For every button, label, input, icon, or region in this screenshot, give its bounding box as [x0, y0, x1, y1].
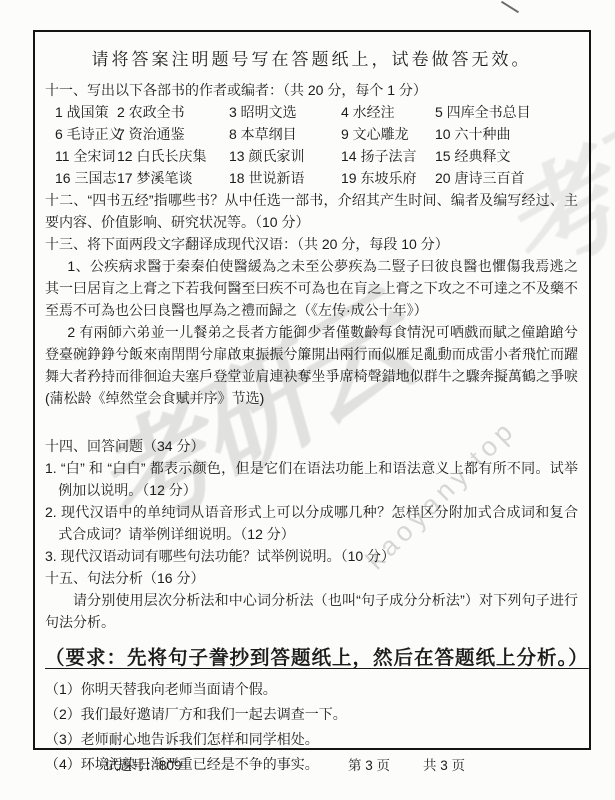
- page-footer: 试题号：809 第 3 页 共 3 页: [33, 754, 591, 774]
- question-15-title: 十五、句法分析（16 分）: [45, 567, 578, 589]
- question-14-item-3: 3. 现代汉语动词有哪些句法功能？试举例说明。（10 分）: [45, 545, 578, 567]
- book-item: 8 本草纲目: [229, 123, 341, 145]
- book-list-row: 11 全宋词 12 白氏长庆集 13 颜氏家训 14 扬子法言 15 经典释文: [45, 145, 578, 167]
- question-15-intro: 请分别使用层次分析法和中心词分析法（也叫“句子成分分析法”）对下列句子进行句法分…: [45, 589, 578, 633]
- book-item: 15 经典释文: [435, 145, 578, 167]
- question-12-text: 十二、“四书五经”指哪些书？从中任选一部书，介绍其产生时间、编者及编写经过、主要…: [45, 189, 578, 233]
- question-14-title: 十四、回答问题（34 分）: [45, 435, 578, 457]
- paper-number: 试题号：809: [105, 754, 182, 774]
- book-list-row: 6 毛诗正义 7 资治通鉴 8 本草纲目 9 文心雕龙 10 六十种曲: [45, 123, 578, 145]
- book-item: 18 世说新语: [229, 167, 341, 189]
- question-11-title: 十一、写出以下各部书的作者或编者：（共 20 分，每个 1 分）: [45, 79, 578, 101]
- book-item: 10 六十种曲: [435, 123, 578, 145]
- translation-passage-1: 1、公疾病求醫于秦秦伯使醫緩為之未至公夢疾為二豎子曰彼良醫也懼傷我焉逃之其一曰居…: [45, 255, 578, 321]
- question-15-requirement: （要求：先将句子誊抄到答题纸上，然后在答题纸上分析。）: [45, 642, 578, 670]
- question-14-item-1: 1. “白” 和 “白白” 都表示颜色，但是它们在语法功能上和语法意义上都有所不…: [45, 457, 578, 501]
- analysis-sentence-1: （1）你明天替我向老师当面请个假。: [45, 677, 578, 702]
- book-item: 16 三国志: [55, 167, 117, 189]
- book-item: 14 扬子法言: [341, 145, 435, 167]
- book-item: 7 资治通鉴: [117, 123, 229, 145]
- question-14-item-2: 2. 现代汉语中的单纯词从语音形式上可以分成哪几种？怎样区分附加式合成词和复合式…: [45, 501, 578, 545]
- question-13-title: 十三、将下面两段文字翻译成现代汉语：（共 20 分，每段 10 分）: [45, 233, 578, 255]
- book-list-row: 1 战国策 2 农政全书 3 昭明文选 4 水经注 5 四库全书总目: [45, 101, 578, 123]
- blank-space: [45, 409, 578, 435]
- book-item: 1 战国策: [55, 101, 117, 123]
- book-item: 11 全宋词: [55, 145, 117, 167]
- page-number-total: 共 3 页: [423, 754, 465, 774]
- book-item: 9 文心雕龙: [341, 123, 435, 145]
- exam-page-border-frame: 请将答案注明题号写在答题纸上，试卷做答无效。 十一、写出以下各部书的作者或编者：…: [33, 30, 591, 750]
- book-item: 20 唐诗三百首: [435, 167, 578, 189]
- book-item: 19 东坡乐府: [341, 167, 435, 189]
- book-list-row: 16 三国志 17 梦溪笔谈 18 世说新语 19 东坡乐府 20 唐诗三百首: [45, 167, 578, 189]
- page-number-current: 第 3 页: [348, 754, 390, 774]
- analysis-sentence-3: （3）老师耐心地告诉我们怎样和同学相处。: [45, 727, 578, 752]
- analysis-sentence-2: （2）我们最好邀请厂方和我们一起去调查一下。: [45, 702, 578, 727]
- answer-sheet-notice: 请将答案注明题号写在答题纸上，试卷做答无效。: [45, 45, 578, 70]
- scan-artifact-mark: [501, 1, 519, 13]
- book-item: 3 昭明文选: [229, 101, 341, 123]
- book-item: 12 白氏长庆集: [117, 145, 229, 167]
- book-item: 6 毛诗正义: [55, 123, 117, 145]
- book-item: 2 农政全书: [117, 101, 229, 123]
- translation-passage-2: 2 有兩師六弟並一儿餐弟之長者方能御少者僅數齡每食情況可哂戲而賦之僮蹌蹌兮登臺碗…: [45, 321, 578, 409]
- book-item: 13 颜氏家训: [229, 145, 341, 167]
- book-item: 4 水经注: [341, 101, 435, 123]
- book-item: 5 四库全书总目: [435, 101, 578, 123]
- book-item: 17 梦溪笔谈: [117, 167, 229, 189]
